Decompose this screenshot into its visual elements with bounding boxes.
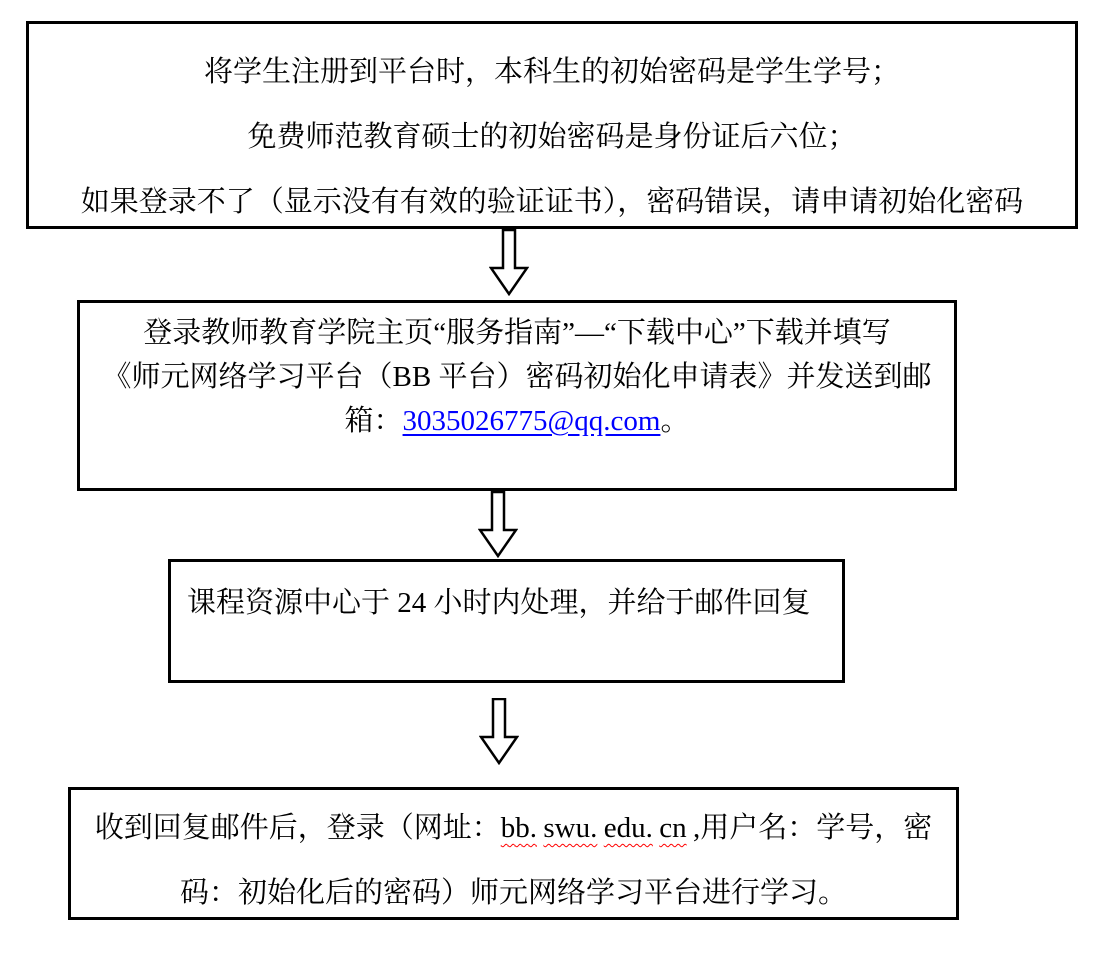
url-segment-bb: bb. — [501, 812, 537, 844]
step-2-line-1: 登录教师教育学院主页“服务指南”—“下载中心”下载并填写 — [80, 311, 954, 355]
flowchart-page: 将学生注册到平台时，本科生的初始密码是学生学号； 免费师范教育硕士的初始密码是身… — [0, 0, 1106, 956]
down-arrow-icon — [478, 491, 518, 558]
step-4-line-2: 码：初始化后的密码）师元网络学习平台进行学习。 — [71, 861, 956, 926]
step-1-line-3: 如果登录不了（显示没有有效的验证证书），密码错误，请申请初始化密码 — [29, 170, 1075, 235]
step-4-line-1-prefix: 收到回复邮件后，登录（网址： — [95, 812, 501, 844]
step-3-line: 课程资源中心于 24 小时内处理，并给于邮件回复 — [187, 581, 826, 625]
step-1-line-2: 免费师范教育硕士的初始密码是身份证后六位； — [29, 105, 1075, 170]
step-4-line-1-suffix: ,用户名：学号，密 — [693, 812, 932, 844]
down-arrow-icon — [479, 698, 519, 765]
step-4-line-1: 收到回复邮件后，登录（网址：bb.swu.edu.cn,用户名：学号，密 — [71, 796, 956, 861]
step-1-line-1: 将学生注册到平台时，本科生的初始密码是学生学号； — [29, 40, 1075, 105]
step-2-line-3: 箱：3035026775@qq.com。 — [80, 399, 954, 443]
url-segment-cn: cn — [659, 812, 686, 844]
down-arrow-icon — [489, 229, 529, 296]
url-segment-swu: swu. — [543, 812, 597, 844]
flow-step-3-box: 课程资源中心于 24 小时内处理，并给于邮件回复 — [168, 559, 845, 683]
flow-step-2-box: 登录教师教育学院主页“服务指南”—“下载中心”下载并填写 《师元网络学习平台（B… — [77, 300, 957, 491]
url-segment-edu: edu. — [604, 812, 653, 844]
step-2-line-2: 《师元网络学习平台（BB 平台）密码初始化申请表》并发送到邮 — [80, 355, 954, 399]
email-link[interactable]: 3035026775@qq.com — [403, 405, 661, 437]
step-2-line-3-prefix: 箱： — [345, 405, 403, 437]
flow-step-4-box: 收到回复邮件后，登录（网址：bb.swu.edu.cn,用户名：学号，密 码：初… — [68, 787, 959, 920]
flow-step-1-box: 将学生注册到平台时，本科生的初始密码是学生学号； 免费师范教育硕士的初始密码是身… — [26, 21, 1078, 229]
step-2-line-3-suffix: 。 — [660, 405, 689, 437]
